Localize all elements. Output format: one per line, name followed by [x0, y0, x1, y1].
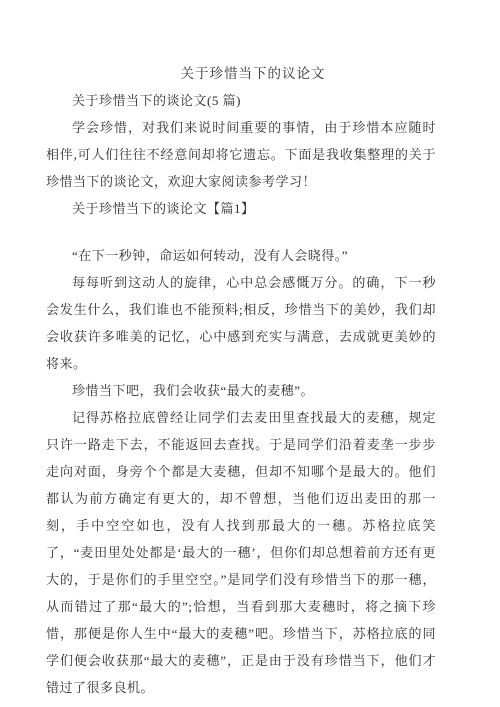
- page-title: 关于珍惜当下的议论文: [70, 60, 436, 87]
- paragraph-intro: 学会珍惜，对我们来说时间重要的事情，由于珍惜本应随时相伴,可人们往往不经意间却将…: [46, 114, 436, 195]
- paragraph-quote: “在下一秒钟，命运如何转动，没有人会晓得。”: [46, 242, 436, 269]
- paragraph-subtitle: 关于珍惜当下的谈论文(5 篇): [46, 87, 436, 114]
- document-page: 关于珍惜当下的议论文 关于珍惜当下的谈论文(5 篇) 学会珍惜，对我们来说时间重…: [0, 0, 500, 707]
- paragraph-body-2: 珍惜当下吧，我们会收获“最大的麦穗”。: [46, 377, 436, 404]
- paragraph-body-3: 记得苏格拉底曾经让同学们去麦田里查找最大的麦穗，规定只许一路走下去，不能返回去查…: [46, 404, 436, 701]
- paragraph-section-heading: 关于珍惜当下的谈论文【篇1】: [46, 195, 436, 222]
- paragraph-body-1: 每每听到这动人的旋律，心中总会感慨万分。的确，下一秒会发生什么，我们谁也不能预料…: [46, 269, 436, 377]
